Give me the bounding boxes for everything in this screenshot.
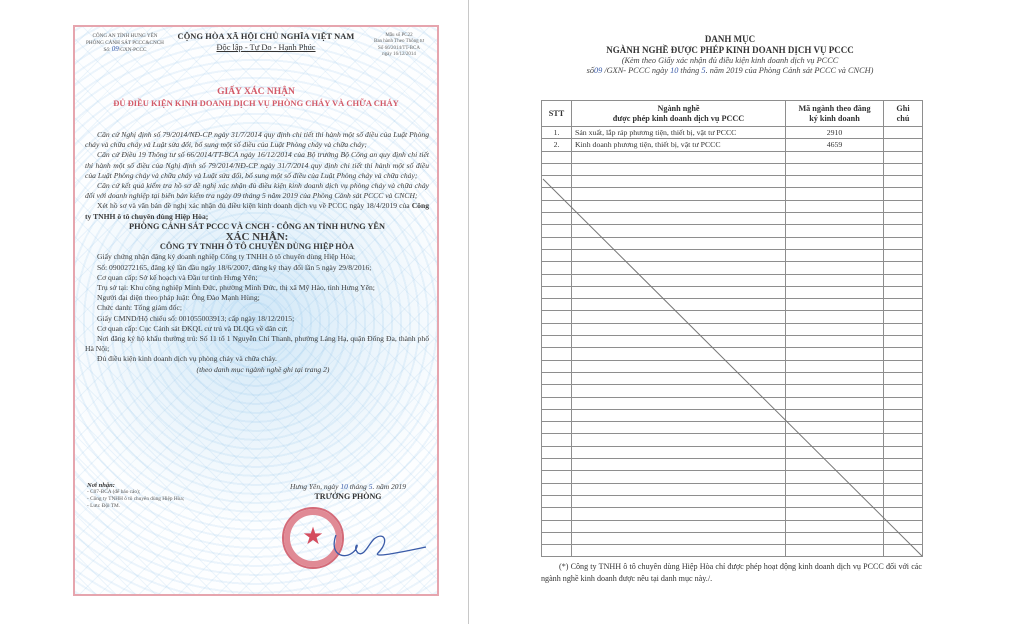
empty-table-row [542,188,923,200]
col-note: Ghichú [884,101,923,127]
trade-table-wrapper: STT Ngành nghềđược phép kinh doanh dịch … [541,100,922,557]
empty-table-row [542,311,923,323]
basis-paragraph: Căn cứ Nghị định số 79/2014/NĐ-CP ngày 3… [85,130,429,150]
signer-name: Trung tá Trần Công Quyền [263,594,433,596]
empty-table-row [542,299,923,311]
basis-paragraph: Căn cứ kết quả kiểm tra hồ sơ đề nghị xá… [85,181,429,201]
company-details: Giấy chứng nhận đăng ký doanh nghiệp Côn… [85,252,429,374]
certificate-title: GIẤY XÁC NHẬN ĐỦ ĐIỀU KIỆN KINH DOANH DỊ… [75,87,437,108]
empty-table-row [542,213,923,225]
detail-line: Cơ quan cấp: Cục Cảnh sát ĐKQL cư trú và… [85,324,429,334]
detail-line: Giấy CMND/Hộ chiếu số: 001055003913; cấp… [85,314,429,324]
trade-table: STT Ngành nghềđược phép kinh doanh dịch … [541,100,923,557]
empty-table-row [542,471,923,483]
detail-line: Chức danh: Tổng giám đốc; [85,303,429,313]
national-motto: Độc lập - Tự Do - Hạnh Phúc [171,43,361,52]
detail-line: Người đại diện theo pháp luật: Ông Đào M… [85,293,429,303]
empty-table-row [542,372,923,384]
confirm-heading: XÁC NHẬN: [85,232,429,242]
basis-paragraph: Căn cứ Điều 19 Thông tư số 66/2014/TT-BC… [85,150,429,181]
empty-table-row [542,286,923,298]
empty-table-row [542,446,923,458]
empty-table-row [542,532,923,544]
empty-table-row [542,397,923,409]
recipient: - C07-BCA (để báo cáo); [87,489,184,496]
empty-table-row [542,163,923,175]
footnote: (*) Công ty TNHH ô tô chuyên dùng Hiệp H… [541,561,922,585]
empty-table-row [542,176,923,188]
review-paragraph: Xét hồ sơ và văn bản đề nghị xác nhận đủ… [85,201,429,221]
handwritten-number: 09 [112,45,119,53]
attachment-note: (Kèm theo Giấy xác nhận đủ điều kiện kin… [530,56,930,65]
page-divider [468,0,469,624]
national-header: CỘNG HÒA XÃ HỘI CHỦ NGHĨA VIỆT NAM Độc l… [171,32,361,52]
see-list-note: (theo danh mục ngành nghề ghi tại trang … [85,365,429,375]
empty-table-row [542,348,923,360]
subtitle: ĐỦ ĐIỀU KIỆN KINH DOANH DỊCH VỤ PHÒNG CH… [75,98,437,108]
appendix-subtitle: NGÀNH NGHỀ ĐƯỢC PHÉP KINH DOANH DỊCH VỤ … [530,45,930,55]
empty-table-row [542,249,923,261]
empty-table-row [542,360,923,372]
certificate-page: CÔNG AN TỈNH HƯNG YÊN PHÒNG CẢNH SÁT PCC… [73,25,439,596]
recipients-label: Nơi nhận: [87,482,184,489]
col-stt: STT [542,101,572,127]
table-row: 2. Kinh doanh phương tiện, thiết bị, vật… [542,139,923,151]
empty-table-row [542,225,923,237]
empty-table-row [542,274,923,286]
detail-line: Trụ sở tại: Khu công nghiệp Minh Đức, ph… [85,283,429,293]
empty-table-row [542,237,923,249]
appendix-header: DANH MỤC NGÀNH NGHỀ ĐƯỢC PHÉP KINH DOANH… [530,34,930,75]
empty-table-row [542,520,923,532]
issue-date: Hưng Yên, ngày 10 tháng 5. năm 2019 [263,482,433,491]
appendix-page: DANH MỤC NGÀNH NGHỀ ĐƯỢC PHÉP KINH DOANH… [530,25,930,75]
empty-table-row [542,409,923,421]
table-header-row: STT Ngành nghềđược phép kinh doanh dịch … [542,101,923,127]
detail-line: Đủ điều kiện kinh doanh dịch vụ phòng ch… [85,354,429,364]
empty-table-row [542,336,923,348]
issuing-agency-header: CÔNG AN TỈNH HƯNG YÊN PHÒNG CẢNH SÁT PCC… [79,33,171,54]
signer-title: TRƯỞNG PHÒNG [263,492,433,501]
recipient: - Công ty TNHH ô tô chuyên dùng Hiệp Hòa… [87,496,184,503]
table-row: 1. Sản xuất, lắp ráp phương tiện, thiết … [542,127,923,139]
detail-line: Nơi đăng ký hộ khẩu thường trú: Số 11 tổ… [85,334,429,354]
detail-line: Giấy chứng nhận đăng ký doanh nghiệp Côn… [85,252,429,262]
signature-icon [318,527,428,567]
empty-table-row [542,495,923,507]
empty-table-row [542,422,923,434]
recipients-block: Nơi nhận: - C07-BCA (để báo cáo); - Công… [87,482,184,510]
empty-table-row [542,151,923,163]
document-number: Số: 09/GXN-PCCC [79,46,171,54]
empty-table-row [542,483,923,495]
agency-line-1: CÔNG AN TỈNH HƯNG YÊN [79,33,171,40]
republic-name: CỘNG HÒA XÃ HỘI CHỦ NGHĨA VIỆT NAM [171,32,361,41]
appendix-title: DANH MỤC [530,34,930,44]
attachment-reference: số09 /GXN- PCCC ngày 10 tháng 5. năm 201… [530,66,930,75]
col-code: Mã ngành theo đăngký kinh doanh [786,101,884,127]
empty-table-row [542,459,923,471]
empty-table-row [542,434,923,446]
recipient: - Lưu: Đội TM. [87,503,184,510]
form-reference: Mẫu số PC22 Ban hành Theo Thông tư Số 66… [367,33,431,58]
empty-table-row [542,323,923,335]
title: GIẤY XÁC NHẬN [75,87,437,97]
empty-table-row [542,262,923,274]
empty-table-row [542,545,923,557]
detail-line: Cơ quan cấp: Sở kế hoạch và Đầu tư tỉnh … [85,273,429,283]
certificate-body: Căn cứ Nghị định số 79/2014/NĐ-CP ngày 3… [85,130,429,375]
company-name: CÔNG TY TNHH Ô TÔ CHUYÊN DÙNG HIỆP HÒA [85,242,429,252]
empty-table-row [542,385,923,397]
detail-line: Số: 0900272165, đăng ký lần đầu ngày 18/… [85,263,429,273]
empty-table-row [542,508,923,520]
col-trade: Ngành nghềđược phép kinh doanh dịch vụ P… [572,101,786,127]
signature-block: Hưng Yên, ngày 10 tháng 5. năm 2019 TRƯỞ… [263,482,433,501]
empty-table-row [542,200,923,212]
